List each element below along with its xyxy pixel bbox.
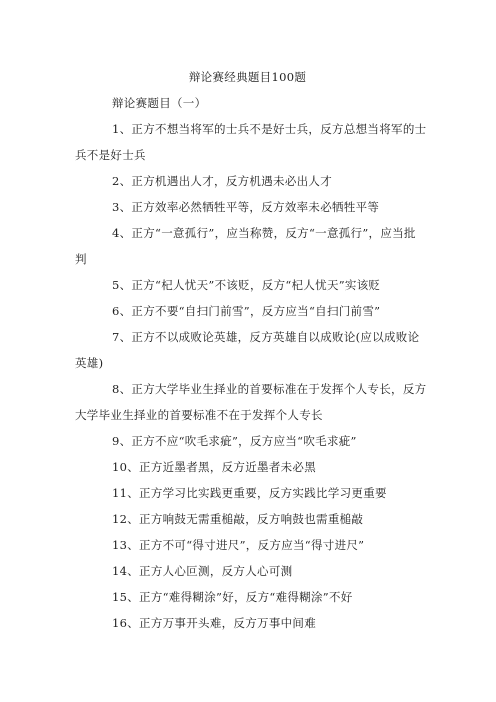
- topic-item-continuation: 大学毕业生择业的首要标准不在于发挥个人专长: [75, 402, 420, 428]
- topic-item: 2、正方机遇出人才，反方机遇未必出人才: [75, 168, 420, 194]
- topic-item: 1、正方不想当将军的士兵不是好士兵，反方总想当将军的士: [75, 116, 420, 142]
- topic-item: 11、正方学习比实践更重要，反方实践比学习更重要: [75, 480, 420, 506]
- topic-item: 7、正方不以成败论英雄，反方英雄自以成败论(应以成败论: [75, 324, 420, 350]
- topic-item: 15、正方“难得糊涂”好，反方“难得糊涂”不好: [75, 584, 420, 610]
- topic-item: 6、正方不要“自扫门前雪”，反方应当“自扫门前雪”: [75, 298, 420, 324]
- topic-item: 9、正方不应“吹毛求疵”，反方应当“吹毛求疵”: [75, 428, 420, 454]
- document-title: 辩论赛经典题目100题: [75, 64, 420, 90]
- topic-list: 1、正方不想当将军的士兵不是好士兵，反方总想当将军的士兵不是好士兵2、正方机遇出…: [75, 116, 420, 636]
- topic-item-continuation: 判: [75, 246, 420, 272]
- topic-item: 4、正方“一意孤行”，应当称赞，反方“一意孤行”，应当批: [75, 220, 420, 246]
- topic-item-continuation: 英雄): [75, 350, 420, 376]
- topic-item: 14、正方人心叵测，反方人心可测: [75, 558, 420, 584]
- topic-item-continuation: 兵不是好士兵: [75, 142, 420, 168]
- topic-item: 5、正方“杞人忧天”不该贬，反方“杞人忧天”实该贬: [75, 272, 420, 298]
- document-page: 辩论赛经典题目100题 辩论赛题目（一） 1、正方不想当将军的士兵不是好士兵，反…: [75, 64, 420, 636]
- topic-item: 10、正方近墨者黑，反方近墨者未必黑: [75, 454, 420, 480]
- section-heading: 辩论赛题目（一）: [75, 90, 420, 116]
- topic-item: 16、正方万事开头难，反方万事中间难: [75, 610, 420, 636]
- topic-item: 13、正方不可“得寸进尺”，反方应当“得寸进尺”: [75, 532, 420, 558]
- topic-item: 3、正方效率必然牺牲平等，反方效率未必牺牲平等: [75, 194, 420, 220]
- topic-item: 12、正方响鼓无需重槌敲，反方响鼓也需重槌敲: [75, 506, 420, 532]
- topic-item: 8、正方大学毕业生择业的首要标准在于发挥个人专长，反方: [75, 376, 420, 402]
